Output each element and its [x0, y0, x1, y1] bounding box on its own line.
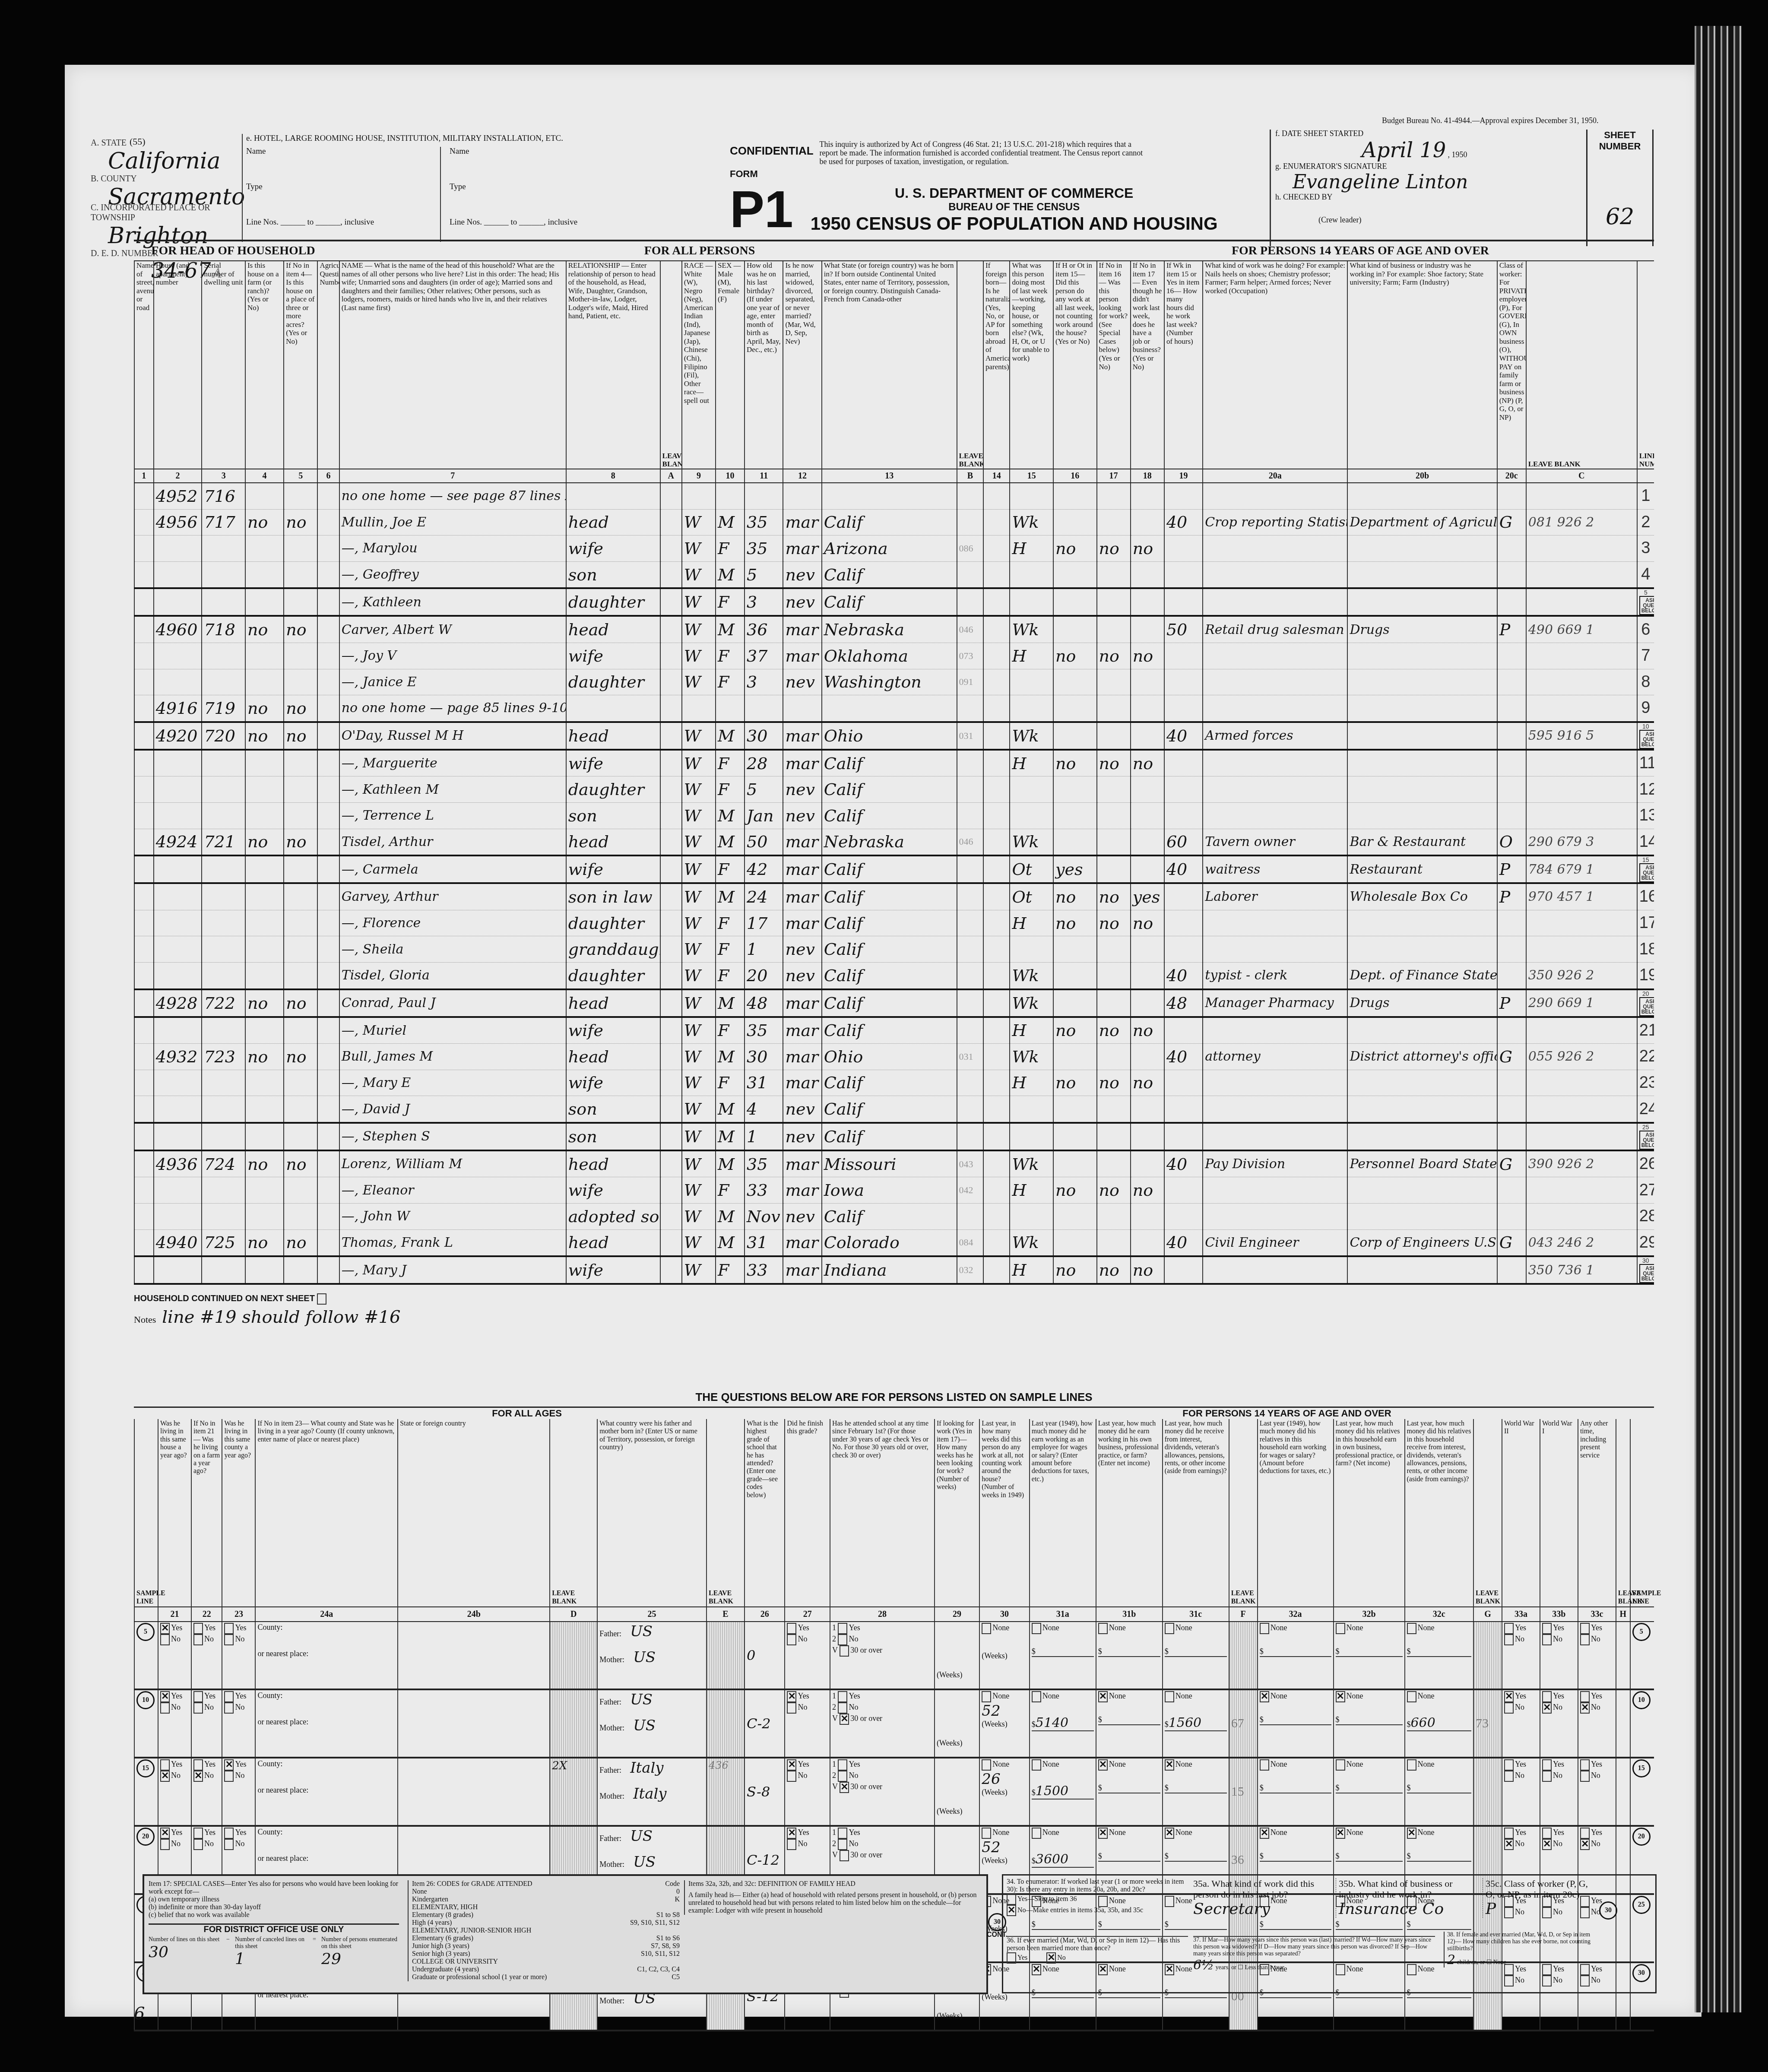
mother-birthplace: US: [633, 1853, 656, 1871]
grade-code-item: COLLEGE OR UNIVERSITY: [412, 1958, 680, 1966]
fam_other-none-checkbox[interactable]: [1407, 1623, 1416, 1634]
leave-blank-b-cell: [957, 509, 983, 535]
table-row: —, Kathleen MdaughterWF5nevCalif12: [134, 776, 1654, 803]
q21-no-checkbox[interactable]: ✕: [160, 1771, 170, 1782]
occupation-cell: [1203, 483, 1347, 509]
marital-status-cell: mar: [783, 722, 821, 750]
birthplace-cell: Iowa: [822, 1177, 957, 1204]
line-number-cell: 18: [1637, 936, 1654, 963]
q23-no-checkbox[interactable]: [224, 1771, 234, 1782]
yes-label: Yes: [1553, 1760, 1564, 1768]
agri-questionnaire-cell: [317, 1096, 339, 1123]
q23-no-checkbox[interactable]: [224, 1839, 234, 1850]
wages-none-checkbox[interactable]: [1032, 1759, 1041, 1771]
person-name-cell: —, John W: [339, 1204, 566, 1230]
race-cell: W: [682, 1123, 716, 1150]
line-number-cell: 8: [1637, 669, 1654, 695]
father-birthplace: US: [630, 1691, 653, 1708]
leave-blank-a-cell: [660, 910, 682, 936]
q22-yes-checkbox[interactable]: [193, 1759, 203, 1771]
ww1-no-checkbox[interactable]: [1542, 1771, 1552, 1782]
q36-no-checkbox[interactable]: ✕: [1046, 1952, 1056, 1964]
house-number-cell: 4952: [154, 483, 202, 509]
race-cell: W: [682, 588, 716, 616]
institution-label: e. HOTEL, LARGE ROOMING HOUSE, INSTITUTI…: [246, 134, 643, 143]
q37-suffix: years, or ☐ Less than 1 year: [1216, 1964, 1284, 1971]
equals-sign: =: [313, 1936, 321, 1968]
fam_other-none-checkbox[interactable]: ✕: [1407, 1828, 1416, 1839]
other_svc-no-checkbox[interactable]: ✕: [1580, 1702, 1590, 1714]
age-cell: 30: [745, 1044, 783, 1070]
leave-blank-b-cell: 032: [957, 1256, 983, 1284]
sample-column-number: 30: [979, 1607, 1029, 1622]
leave-blank-g-cell: 73: [1473, 1689, 1502, 1758]
wages-none-checkbox[interactable]: [1032, 1828, 1041, 1839]
street-cell: [134, 1177, 154, 1204]
leave-blank-b-cell: 073: [957, 643, 983, 669]
dollar-sign: $: [1165, 1852, 1169, 1860]
industry-cell: [1347, 910, 1497, 936]
ww2-no-checkbox[interactable]: [1504, 1771, 1514, 1782]
ww2-yes-checkbox[interactable]: [1504, 1759, 1514, 1771]
occupation-cell: [1203, 750, 1347, 776]
q22-yes-checkbox[interactable]: [193, 1828, 203, 1839]
district-canceled-value: 1: [235, 1950, 313, 1968]
q35b-answer: Insurance Co: [1339, 1900, 1477, 1918]
grade-code-item: Graduate or professional school (1 year …: [412, 1974, 680, 1981]
q21-yes-checkbox[interactable]: ✕: [160, 1623, 170, 1634]
did-work-cell: yes: [1053, 855, 1097, 883]
occupation-cell: [1203, 802, 1347, 829]
line-number-cell: 7: [1637, 643, 1654, 669]
school-yes-checkbox[interactable]: [838, 1623, 847, 1634]
q22-yes-checkbox[interactable]: [193, 1691, 203, 1702]
leave-blank-b-cell: 031: [957, 722, 983, 750]
fam_wages-none-checkbox[interactable]: [1260, 1759, 1269, 1771]
other-none-checkbox[interactable]: [1165, 1623, 1174, 1634]
finish-cell: ✕YesNo: [785, 1689, 830, 1758]
school-cell: 1 Yes2 NoV 30 or over: [830, 1622, 935, 1689]
street-cell: [134, 616, 154, 643]
naturalized-cell: [983, 776, 1010, 803]
line-number: 20: [1642, 990, 1649, 997]
q21-no-checkbox[interactable]: [160, 1634, 170, 1645]
on-farm-cell: [245, 936, 284, 963]
q21-no-checkbox[interactable]: [160, 1702, 170, 1714]
school-no-checkbox[interactable]: [838, 1839, 847, 1850]
race-cell: W: [682, 936, 716, 963]
other_svc-no-checkbox[interactable]: [1580, 1634, 1590, 1645]
other_svc-yes-checkbox[interactable]: [1580, 1759, 1590, 1771]
other_svc-yes-checkbox[interactable]: [1580, 1623, 1590, 1634]
none-label: None: [992, 1760, 1009, 1768]
street-cell: [134, 1204, 154, 1230]
school-over30-checkbox[interactable]: [840, 1850, 849, 1861]
leave-blank-d-cell: [550, 1689, 597, 1758]
column-header: NAME — What is the name of the head of t…: [339, 261, 566, 469]
finish-yes-checkbox[interactable]: [787, 1623, 796, 1634]
house-number-cell: 4924: [154, 829, 202, 855]
fam_business-none-checkbox[interactable]: [1336, 1759, 1345, 1771]
school-over30-label: 30 or over: [850, 1714, 882, 1723]
industry-cell: [1347, 669, 1497, 695]
sex-cell: F: [716, 750, 745, 776]
looking-for-work-cell: no: [1097, 910, 1131, 936]
leave-blank-b-cell: 043: [957, 1150, 983, 1177]
leave-blank-b-cell: 091: [957, 669, 983, 695]
finish-cell: ✕YesNo: [785, 1758, 830, 1826]
table-row: —, KathleendaughterWF3nevCalif5ASK QUES.…: [134, 588, 1654, 616]
grade-code-item: KindergartenK: [412, 1896, 680, 1904]
industry-cell: Corp of Engineers U.S: [1347, 1229, 1497, 1256]
other-none-checkbox[interactable]: [1165, 1691, 1174, 1702]
other-none-checkbox[interactable]: ✕: [1165, 1828, 1174, 1839]
naturalized-cell: [983, 588, 1010, 616]
activity-cell: [1010, 561, 1053, 588]
yes-label: Yes: [171, 1760, 182, 1768]
q22-no-checkbox[interactable]: [193, 1634, 203, 1645]
relationship-cell: head: [566, 1150, 660, 1177]
line-number-cell: 26: [1637, 1150, 1654, 1177]
fam_other-none-checkbox[interactable]: [1407, 1759, 1416, 1771]
q23-yes-checkbox[interactable]: [224, 1623, 234, 1634]
other-cell: None$: [1163, 1622, 1229, 1689]
table-row: —, MarylouwifeWF35marArizona086Hnonono3: [134, 535, 1654, 562]
fam_business-none-checkbox[interactable]: [1336, 1623, 1345, 1634]
institution-name-label-2: Name: [450, 147, 643, 156]
class-of-worker-cell: G: [1497, 509, 1526, 535]
line-number-cell: 13: [1637, 802, 1654, 829]
finish-no-checkbox[interactable]: [787, 1634, 796, 1645]
race-cell: W: [682, 616, 716, 643]
other_svc-cell: Yes✕No: [1578, 1689, 1616, 1758]
column-number: 8: [566, 469, 660, 483]
sex-cell: [716, 695, 745, 722]
wages-none-checkbox[interactable]: [1032, 1623, 1041, 1634]
relationship-cell: son: [566, 1096, 660, 1123]
three-acres-cell: [284, 750, 317, 776]
relationship-cell: head: [566, 989, 660, 1017]
occupation-cell: Manager Pharmacy: [1203, 989, 1347, 1017]
on-farm-cell: no: [245, 1150, 284, 1177]
marital-status-cell: nev: [783, 561, 821, 588]
ww2-yes-checkbox[interactable]: [1504, 1828, 1514, 1839]
weeks-worked-none-checkbox[interactable]: [982, 1623, 991, 1634]
on-farm-cell: [245, 669, 284, 695]
business-none-checkbox[interactable]: [1098, 1623, 1108, 1634]
looking-for-work-cell: no: [1097, 1256, 1131, 1284]
finish-no-checkbox[interactable]: [787, 1702, 796, 1714]
q35c-answer: P: [1486, 1900, 1598, 1918]
q36-yes-checkbox[interactable]: [1007, 1952, 1016, 1964]
column-header-row: Name of street, avenue, or roadHouse (an…: [134, 261, 1654, 469]
did-work-cell: [1053, 1044, 1097, 1070]
dollar-sign: $: [1407, 1852, 1411, 1860]
ww1-cell: Yes✕No: [1540, 1689, 1578, 1758]
activity-cell: H: [1010, 1177, 1053, 1204]
ww1-yes-checkbox[interactable]: [1542, 1828, 1552, 1839]
q37-text: 37. If Mar—How many years since this per…: [1193, 1937, 1435, 1958]
sample-column-header: Last year, how much money did he receive…: [1163, 1419, 1229, 1607]
school-yes-checkbox[interactable]: [838, 1759, 847, 1771]
q22-cell: YesNo: [191, 1689, 222, 1758]
leave-blank-a-cell: [660, 616, 682, 643]
fam_wages-none-checkbox[interactable]: ✕: [1260, 1828, 1269, 1839]
table-row: 4936724nonoLorenz, William MheadWM35marM…: [134, 1150, 1654, 1177]
weeks-worked-cell: None(Weeks): [979, 1622, 1029, 1689]
birthplace-cell: Calif: [822, 855, 957, 883]
hours-worked-cell: [1164, 1096, 1203, 1123]
occupation-cell: [1203, 936, 1347, 963]
line-number-cell: 3: [1637, 535, 1654, 562]
q23-no-checkbox[interactable]: [224, 1702, 234, 1714]
q21-yes-checkbox[interactable]: [160, 1759, 170, 1771]
birthplace-cell: Calif: [822, 588, 957, 616]
activity-cell: [1010, 669, 1053, 695]
finish-yes-checkbox[interactable]: ✕: [787, 1759, 796, 1771]
marital-status-cell: mar: [783, 1256, 821, 1284]
occupation-cell: [1203, 910, 1347, 936]
school-over30-label: 30 or over: [850, 1782, 882, 1791]
q21-yes-checkbox[interactable]: ✕: [160, 1691, 170, 1702]
leave-blank-c-cell: 784 679 1: [1526, 855, 1637, 883]
census-table: Name of street, avenue, or roadHouse (an…: [134, 261, 1654, 1285]
hours-worked-cell: 40: [1164, 1044, 1203, 1070]
street-cell: [134, 643, 154, 669]
three-acres-cell: no: [284, 509, 317, 535]
marital-status-cell: [783, 695, 821, 722]
street-cell: [134, 1150, 154, 1177]
sample-column-number: 24b: [398, 1607, 550, 1622]
ask-questions-below-badge: ASK QUES. BELOW: [1639, 1264, 1654, 1283]
relationship-cell: son: [566, 561, 660, 588]
business-cell: None$: [1096, 1622, 1163, 1689]
q23-yes-checkbox[interactable]: ✕: [224, 1759, 234, 1771]
hours-worked-cell: 50: [1164, 616, 1203, 643]
sample-column-header: World War I: [1540, 1419, 1578, 1607]
ww1-yes-checkbox[interactable]: [1542, 1623, 1552, 1634]
table-row: Tisdel, GloriadaughterWF20nevCalifWk40ty…: [134, 962, 1654, 989]
leave-blank-h-cell: [1616, 1758, 1630, 1826]
grade-code-value: S9, S10, S11, S12: [630, 1919, 680, 1927]
naturalized-cell: [983, 1256, 1010, 1284]
has-job-cell: [1131, 588, 1164, 616]
q23-cell: YesNo: [222, 1689, 255, 1758]
yes-label: Yes: [204, 1828, 215, 1837]
grade-cell: 0: [745, 1622, 785, 1689]
none-label: None: [1109, 1692, 1126, 1700]
other_svc-no-checkbox[interactable]: [1580, 1771, 1590, 1782]
sample-line-cell: 5: [134, 1622, 158, 1689]
sample-column-header: Was he living in this same house a year …: [158, 1419, 191, 1607]
did-work-cell: [1053, 989, 1097, 1017]
q22-no-checkbox[interactable]: [193, 1839, 203, 1850]
school-no-checkbox[interactable]: [838, 1702, 847, 1714]
column-header: Name of street, avenue, or road: [134, 261, 154, 469]
race-cell: W: [682, 1044, 716, 1070]
birthplace-cell: Arizona: [822, 535, 957, 562]
school-over30-checkbox[interactable]: ✕: [840, 1714, 849, 1725]
on-farm-cell: [245, 1256, 284, 1284]
person-name-cell: Conrad, Paul J: [339, 989, 566, 1017]
finish-no-checkbox[interactable]: [787, 1839, 796, 1850]
fam_wages-none-checkbox[interactable]: ✕: [1260, 1691, 1269, 1702]
age-cell: 42: [745, 855, 783, 883]
q22-no-checkbox[interactable]: [193, 1702, 203, 1714]
house-number-cell: 4936: [154, 1150, 202, 1177]
wages-none-checkbox[interactable]: [1032, 1691, 1041, 1702]
fam_other-none-checkbox[interactable]: [1407, 1691, 1416, 1702]
ww1-no-checkbox[interactable]: ✕: [1542, 1702, 1552, 1714]
ww2-no-checkbox[interactable]: [1504, 1702, 1514, 1714]
line-number-cell: 6: [1637, 616, 1654, 643]
house-number-cell: [154, 1177, 202, 1204]
institution-name-label-1: Name: [246, 147, 440, 156]
grade-codes-code-label: Code: [665, 1880, 680, 1888]
q34-no-checkbox[interactable]: ✕: [1007, 1905, 1016, 1916]
dollar-sign: $: [1098, 1784, 1102, 1792]
grade-code-label: Elementary (6 grades): [412, 1935, 473, 1942]
class-of-worker-cell: G: [1497, 1044, 1526, 1070]
q23-yes-checkbox[interactable]: [224, 1691, 234, 1702]
sex-cell: M: [716, 1123, 745, 1150]
business-none-checkbox[interactable]: ✕: [1098, 1691, 1108, 1702]
other_svc-no-checkbox[interactable]: ✕: [1580, 1839, 1590, 1850]
ww2-no-checkbox[interactable]: ✕: [1504, 1839, 1514, 1850]
class-of-worker-cell: [1497, 535, 1526, 562]
looking-for-work-cell: [1097, 722, 1131, 750]
house-number-cell: [154, 936, 202, 963]
looking-for-work-cell: [1097, 1096, 1131, 1123]
sample-line-circle: 15: [136, 1759, 155, 1777]
ww1-no-checkbox[interactable]: [1542, 1634, 1552, 1645]
weeks-worked-none-checkbox[interactable]: [982, 1691, 991, 1702]
school-yes-checkbox[interactable]: [838, 1691, 847, 1702]
grade-code-item: ELEMENTARY, HIGH: [412, 1904, 680, 1911]
yes-label: Yes: [1591, 1623, 1602, 1632]
looking-for-work-cell: [1097, 962, 1131, 989]
fam_business-none-checkbox[interactable]: ✕: [1336, 1691, 1345, 1702]
household-continued-checkbox[interactable]: [317, 1293, 326, 1305]
age-cell: 33: [745, 1177, 783, 1204]
ww2-yes-checkbox[interactable]: ✕: [1504, 1691, 1514, 1702]
looking-for-work-cell: [1097, 1229, 1131, 1256]
fam_wages-none-checkbox[interactable]: [1260, 1623, 1269, 1634]
on-farm-cell: no: [245, 989, 284, 1017]
q23-yes-checkbox[interactable]: [224, 1828, 234, 1839]
school-no-label: No: [849, 1839, 858, 1848]
weeks-worked-none-checkbox[interactable]: [982, 1759, 991, 1771]
date-value: April 19: [1362, 138, 1446, 162]
leave-blank-e-cell: 436: [707, 1758, 745, 1826]
school-over30-checkbox[interactable]: [840, 1645, 849, 1657]
institution-type-label-2: Type: [450, 182, 643, 192]
grade-code-value: 0: [676, 1888, 680, 1896]
industry-cell: [1347, 695, 1497, 722]
leave-blank-c-cell: [1526, 561, 1637, 588]
sample-line-cell: 10: [134, 1689, 158, 1758]
parents-birthplace-cell: Father:USMother:US: [597, 1689, 707, 1758]
ww2-cell: YesNo: [1502, 1622, 1540, 1689]
did-work-cell: no: [1053, 1177, 1097, 1204]
marital-status-cell: nev: [783, 588, 821, 616]
table-row: —, Terrence LsonWMJannevCalif13: [134, 802, 1654, 829]
finish-yes-checkbox[interactable]: ✕: [787, 1691, 796, 1702]
leave-blank-b-cell: 031: [957, 1044, 983, 1070]
ww2-no-checkbox[interactable]: [1504, 1634, 1514, 1645]
finish-no-checkbox[interactable]: [787, 1771, 796, 1782]
ww1-no-checkbox[interactable]: ✕: [1542, 1839, 1552, 1850]
industry-cell: Drugs: [1347, 616, 1497, 643]
school-yes-checkbox[interactable]: [838, 1828, 847, 1839]
fam_business-none-checkbox[interactable]: ✕: [1336, 1828, 1345, 1839]
on-farm-cell: [245, 962, 284, 989]
yes-label: Yes: [798, 1828, 809, 1837]
naturalized-cell: [983, 535, 1010, 562]
q22-no-checkbox[interactable]: ✕: [193, 1771, 203, 1782]
naturalized-cell: [983, 1123, 1010, 1150]
agri-questionnaire-cell: [317, 1044, 339, 1070]
class-of-worker-cell: P: [1497, 855, 1526, 883]
age-cell: 33: [745, 1256, 783, 1284]
q21-no-checkbox[interactable]: [160, 1839, 170, 1850]
other_svc-yes-checkbox[interactable]: [1580, 1691, 1590, 1702]
father-label: Father:: [599, 1698, 621, 1706]
district-lines-label: Number of lines on this sheet: [149, 1936, 226, 1943]
has-job-cell: [1131, 669, 1164, 695]
q22-yes-checkbox[interactable]: [193, 1623, 203, 1634]
finish-yes-checkbox[interactable]: ✕: [787, 1828, 796, 1839]
leave-blank-b-cell: 042: [957, 1177, 983, 1204]
ww2-yes-checkbox[interactable]: [1504, 1623, 1514, 1634]
did-work-cell: [1053, 962, 1097, 989]
q34-yes-checkbox[interactable]: [1007, 1894, 1016, 1905]
special-case-c: (c) belief that no work was available: [149, 1911, 399, 1919]
sample-row: 10✕YesNoYesNoYesNoCounty:or nearest plac…: [134, 1689, 1654, 1758]
marital-status-cell: mar: [783, 1044, 821, 1070]
dwelling-serial-cell: 725: [202, 1229, 245, 1256]
industry-cell: [1347, 802, 1497, 829]
column-number: 20a: [1203, 469, 1347, 483]
ask-questions-below-badge: ASK QUES. BELOW: [1639, 1131, 1654, 1150]
weeks-worked-none-checkbox[interactable]: [982, 1828, 991, 1839]
ww1-yes-checkbox[interactable]: [1542, 1759, 1552, 1771]
business-none-checkbox[interactable]: ✕: [1098, 1828, 1108, 1839]
race-cell: W: [682, 722, 716, 750]
q23-no-checkbox[interactable]: [224, 1634, 234, 1645]
school-yes-label: Yes: [849, 1760, 860, 1768]
school-no-checkbox[interactable]: [838, 1634, 847, 1645]
column-number: 1: [134, 469, 154, 483]
did-work-cell: [1053, 616, 1097, 643]
person-name-cell: O'Day, Russel M H: [339, 722, 566, 750]
naturalized-cell: [983, 802, 1010, 829]
business-none-checkbox[interactable]: ✕: [1098, 1759, 1108, 1771]
leave-blank-b-cell: [957, 483, 983, 509]
q21-yes-checkbox[interactable]: ✕: [160, 1828, 170, 1839]
other-none-checkbox[interactable]: ✕: [1165, 1759, 1174, 1771]
ww1-yes-checkbox[interactable]: [1542, 1691, 1552, 1702]
sex-cell: F: [716, 1070, 745, 1096]
other_svc-yes-checkbox[interactable]: [1580, 1828, 1590, 1839]
looking-for-work-cell: no: [1097, 883, 1131, 910]
school-no-checkbox[interactable]: [838, 1771, 847, 1782]
school-over30-checkbox[interactable]: ✕: [840, 1782, 849, 1793]
on-farm-cell: no: [245, 722, 284, 750]
weeks-label: (Weeks): [937, 1807, 977, 1816]
table-row: —, Janice EdaughterWF3nevWashington0918: [134, 669, 1654, 695]
fam_wages-cell: None$: [1258, 1758, 1334, 1826]
